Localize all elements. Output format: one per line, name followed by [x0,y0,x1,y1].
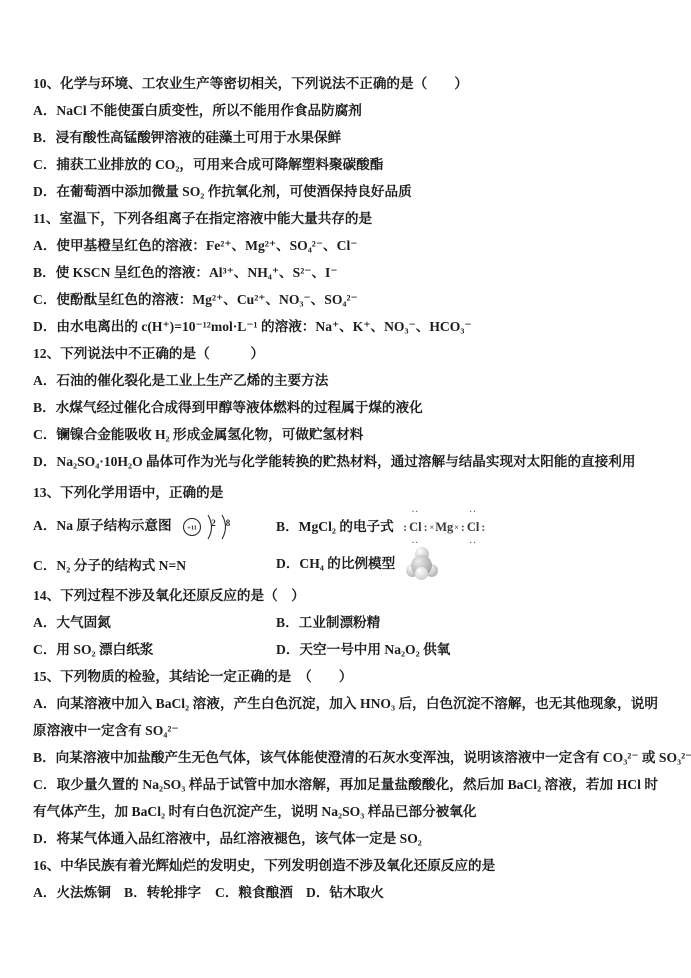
question-14-option-b: B．工业制漂粉精 [276,609,658,636]
question-14-row-cd: C．用 SO₂ 漂白纸浆 D．天空一号中用 Na₂O₂ 供氧 [33,636,658,663]
question-13-option-d-label: D．CH₄ 的比例模型 [276,556,395,571]
question-13-option-a-label: A．Na 原子结构示意图 [33,518,172,533]
question-14-stem: 14、下列过程不涉及氧化还原反应的是（ ） [33,582,658,609]
question-15-option-d: D．将某气体通入品红溶液中，品红溶液褪色，该气体一定是 SO₂ [33,825,658,852]
nucleus-charge-label: +11 [187,525,197,532]
mgcl2-electron-dot-formula: : ··Cl·· : × Mg × : ··Cl·· : [402,514,486,541]
question-13-row-cd: C．N₂ 分子的结构式 N=N D．CH₄ 的比例模型 [33,548,658,582]
question-16-options-row: A．火法炼铜 B．转轮排字 C．粮食酿酒 D．钻木取火 [33,879,658,906]
question-15-stem: 15、下列物质的检验，其结论一定正确的是 （ ） [33,663,658,690]
question-11-option-a: A．使甲基橙呈红色的溶液：Fe²⁺、Mg²⁺、SO₄²⁻、Cl⁻ [33,232,658,259]
question-14-row-ab: A．大气固氮 B．工业制漂粉精 [33,609,658,636]
question-16-option-a: A．火法炼铜 [33,879,124,906]
question-14-option-a: A．大气固氮 [33,609,276,636]
question-16-option-d: D．钻木取火 [306,879,384,906]
question-11-option-d: D．由水电离出的 c(H⁺)=10⁻¹²mol·L⁻¹ 的溶液：Na⁺、K⁺、N… [33,313,658,340]
question-13-option-b: B．MgCl₂ 的电子式 : ··Cl·· : × Mg × : ··Cl·· … [276,513,658,541]
question-15-option-c: C．取少量久置的 Na₂SO₃ 样品于试管中加水溶解，再加足量盐酸酸化，然后加 … [33,771,658,825]
question-10-option-a: A．NaCl 不能使蛋白质变性，所以不能用作食品防腐剂 [33,97,658,124]
question-13-row-ab: A．Na 原子结构示意图 +11 2 8 B．MgCl₂ 的电子式 : ··Cl… [33,506,658,548]
question-10-option-d: D．在葡萄酒中添加微量 SO₂ 作抗氧化剂，可使酒保持良好品质 [33,178,658,205]
question-13-stem: 13、下列化学用语中，正确的是 [33,479,658,506]
question-14-option-c: C．用 SO₂ 漂白纸浆 [33,636,276,663]
magnesium-atom-symbol: Mg [435,514,453,541]
question-14-option-d: D．天空一号中用 Na₂O₂ 供氧 [276,636,658,663]
question-16-stem: 16、中华民族有着光辉灿烂的发明史，下列发明创造不涉及氧化还原反应的是 [33,852,658,879]
outer-shell-count-label: 8 [226,518,231,528]
question-12-option-d: D．Na₂SO₄·10H₂O 晶体可作为光与化学能转换的贮热材料，通过溶解与结晶… [33,448,658,475]
question-12-option-a: A．石油的催化裂化是工业上生产乙烯的主要方法 [33,367,658,394]
question-13-option-a: A．Na 原子结构示意图 +11 2 8 [33,508,276,546]
ch4-space-filling-model-icon [406,547,438,583]
question-15-option-a: A．向某溶液中加入 BaCl₂ 溶液，产生白色沉淀，加入 HNO₃ 后，白色沉淀… [33,690,658,744]
question-12-option-c: C．镧镍合金能吸收 H₂ 形成金属氢化物，可做贮氢材料 [33,421,658,448]
question-15-option-b: B．向某溶液中加盐酸产生无色气体，该气体能使澄清的石灰水变浑浊，说明该溶液中一定… [33,744,658,771]
chlorine-atom-symbol: ··Cl·· [466,514,481,541]
question-16-option-b: B．转轮排字 [124,879,215,906]
question-10-option-b: B．浸有酸性高锰酸钾溶液的硅藻土可用于水果保鲜 [33,124,658,151]
question-13-option-c: C．N₂ 分子的结构式 N=N [33,552,276,579]
question-11-option-c: C．使酚酞呈红色的溶液：Mg²⁺、Cu²⁺、NO₃⁻、SO₄²⁻ [33,286,658,313]
question-13-option-d: D．CH₄ 的比例模型 [276,547,658,583]
na-atomic-structure-diagram-icon: +11 2 8 [180,508,238,546]
question-10-stem: 10、化学与环境、工农业生产等密切相关，下列说法不正确的是（ ） [33,70,658,97]
question-12-option-b: B．水煤气经过催化合成得到甲醇等液体燃料的过程属于煤的液化 [33,394,658,421]
exam-page: 10、化学与环境、工农业生产等密切相关，下列说法不正确的是（ ） A．NaCl … [0,0,691,906]
chlorine-atom-symbol: ··Cl·· [408,514,423,541]
question-11-stem: 11、室温下，下列各组离子在指定溶液中能大量共存的是 [33,205,658,232]
question-12-stem: 12、下列说法中不正确的是（ ） [33,340,658,367]
question-16-option-c: C．粮食酿酒 [215,879,306,906]
question-10-option-c: C．捕获工业排放的 CO₂，可用来合成可降解塑料聚碳酸酯 [33,151,658,178]
inner-shell-count-label: 2 [211,518,216,528]
question-13-option-b-label: B．MgCl₂ 的电子式 [276,519,394,534]
question-11-option-b: B．使 KSCN 呈红色的溶液：Al³⁺、NH₄⁺、S²⁻、I⁻ [33,259,658,286]
